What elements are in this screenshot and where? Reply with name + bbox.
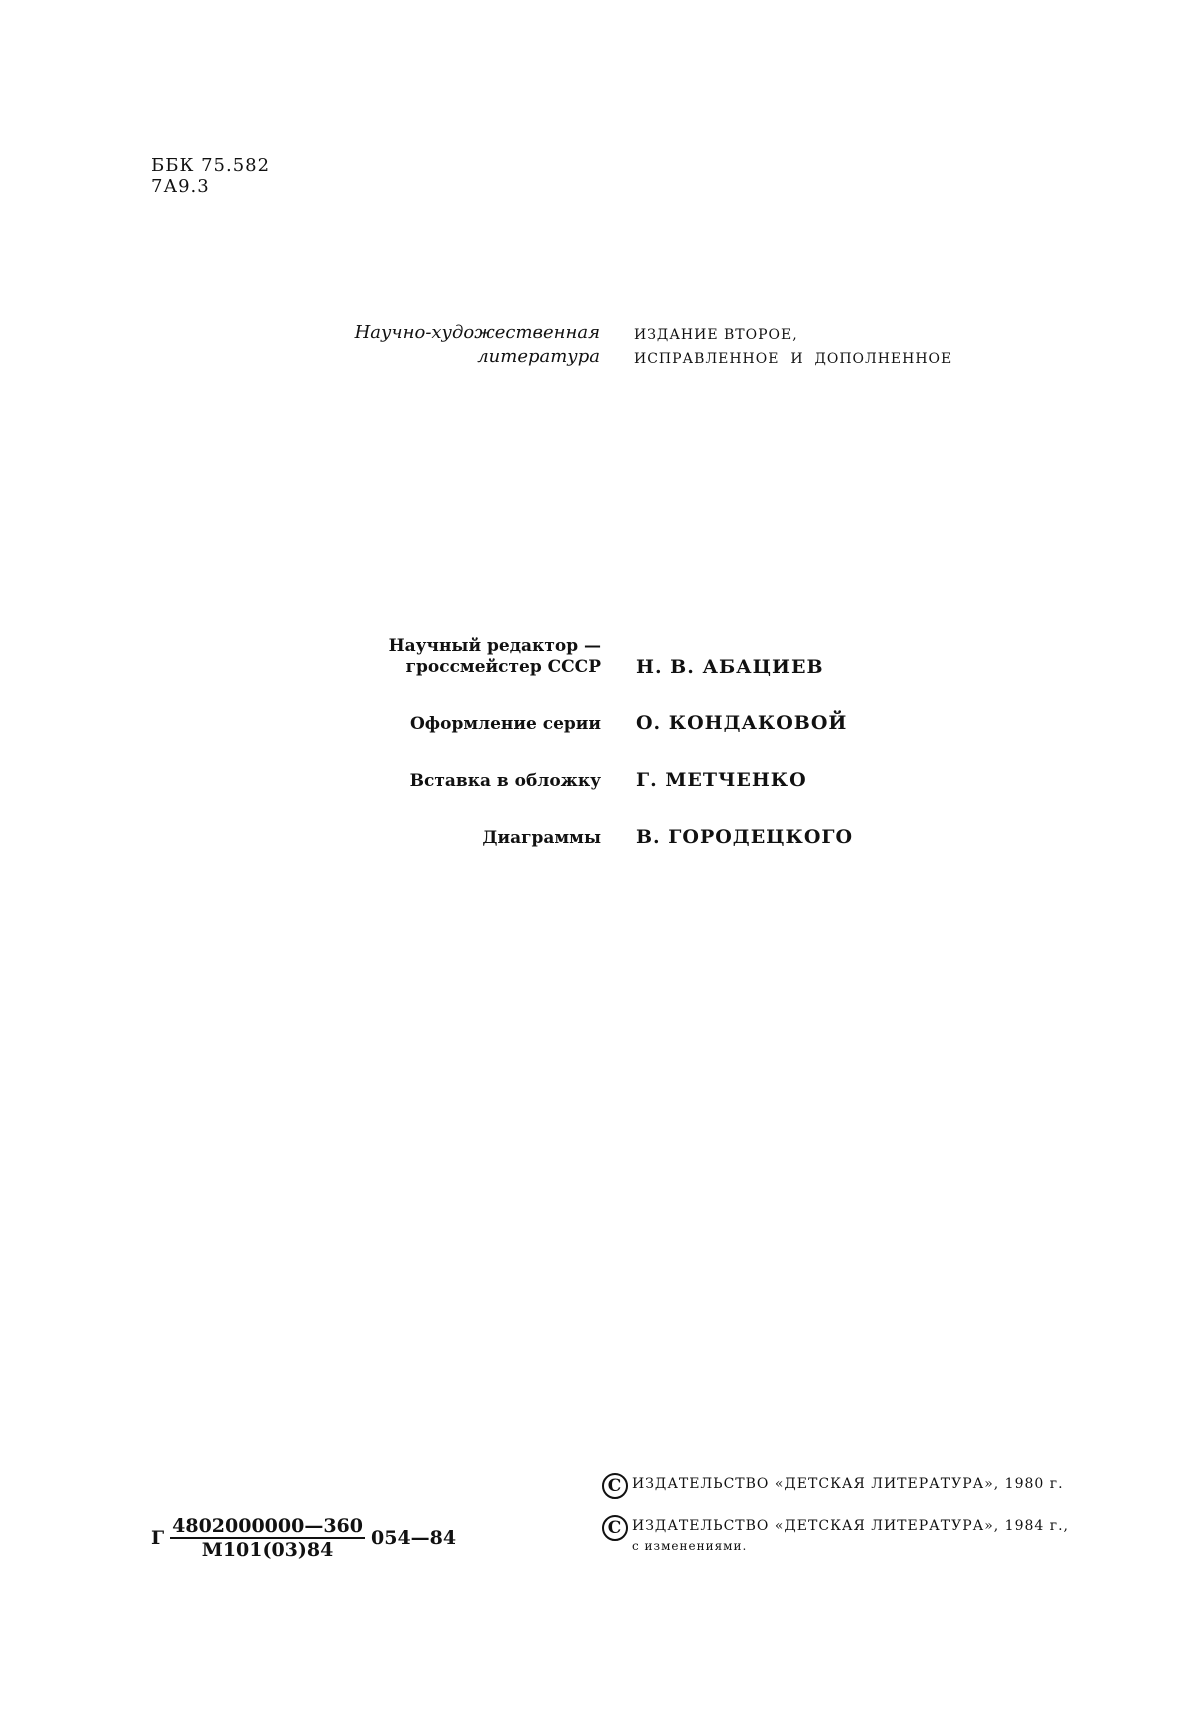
credit-label-series-design: Оформление серии: [330, 714, 601, 735]
publication-index: Г 4802000000—360 М101(03)84 054—84: [151, 1515, 456, 1561]
index-prefix: Г: [151, 1527, 164, 1549]
index-suffix: 054—84: [371, 1527, 456, 1549]
index-denominator: М101(03)84: [202, 1539, 334, 1561]
genre-label: Научно-художественная литература: [300, 321, 600, 369]
copyright-1980: C ИЗДАТЕЛЬСТВО «ДЕТСКАЯ ЛИТЕРАТУРА», 198…: [602, 1473, 1064, 1499]
index-fraction: 4802000000—360 М101(03)84: [170, 1515, 365, 1561]
credit-label-editor-line-2: гроссмейстер СССР: [330, 657, 601, 678]
copyright-icon: C: [602, 1473, 628, 1499]
genre-line-1: Научно-художественная: [300, 321, 600, 345]
credit-label-cover-insert: Вставка в обложку: [330, 771, 601, 792]
credit-value-series-design: О. КОНДАКОВОЙ: [636, 713, 847, 734]
credit-value-editor: Н. В. АБАЦИЕВ: [636, 657, 824, 678]
credit-label-editor-line-1: Научный редактор —: [330, 636, 601, 657]
copyright-text-1980: ИЗДАТЕЛЬСТВО «ДЕТСКАЯ ЛИТЕРАТУРА», 1980 …: [632, 1473, 1064, 1495]
classification-block: ББК 75.582 7А9.3: [151, 155, 270, 197]
edition-line-1: ИЗДАНИЕ ВТОРОЕ,: [634, 323, 952, 347]
copyright-1984: C ИЗДАТЕЛЬСТВО «ДЕТСКАЯ ЛИТЕРАТУРА», 198…: [602, 1515, 1069, 1555]
credit-value-diagrams: В. ГОРОДЕЦКОГО: [636, 827, 853, 848]
copyright-block-1984: ИЗДАТЕЛЬСТВО «ДЕТСКАЯ ЛИТЕРАТУРА», 1984 …: [632, 1515, 1069, 1555]
edition-note: ИЗДАНИЕ ВТОРОЕ, ИСПРАВЛЕННОЕ И ДОПОЛНЕНН…: [634, 323, 952, 371]
credit-value-cover-insert: Г. МЕТЧЕНКО: [636, 770, 807, 791]
credit-label-diagrams: Диаграммы: [330, 828, 601, 849]
genre-line-2: литература: [300, 345, 600, 369]
copyright-note: с изменениями.: [632, 1537, 1069, 1555]
edition-line-2: ИСПРАВЛЕННОЕ И ДОПОЛНЕННОЕ: [634, 347, 952, 371]
credit-label-editor: Научный редактор — гроссмейстер СССР: [330, 636, 601, 678]
copyright-text-1984: ИЗДАТЕЛЬСТВО «ДЕТСКАЯ ЛИТЕРАТУРА», 1984 …: [632, 1518, 1069, 1534]
copyright-icon: C: [602, 1515, 628, 1541]
library-code: 7А9.3: [151, 176, 270, 197]
index-numerator: 4802000000—360: [170, 1515, 365, 1539]
bbk-code: ББК 75.582: [151, 155, 270, 176]
